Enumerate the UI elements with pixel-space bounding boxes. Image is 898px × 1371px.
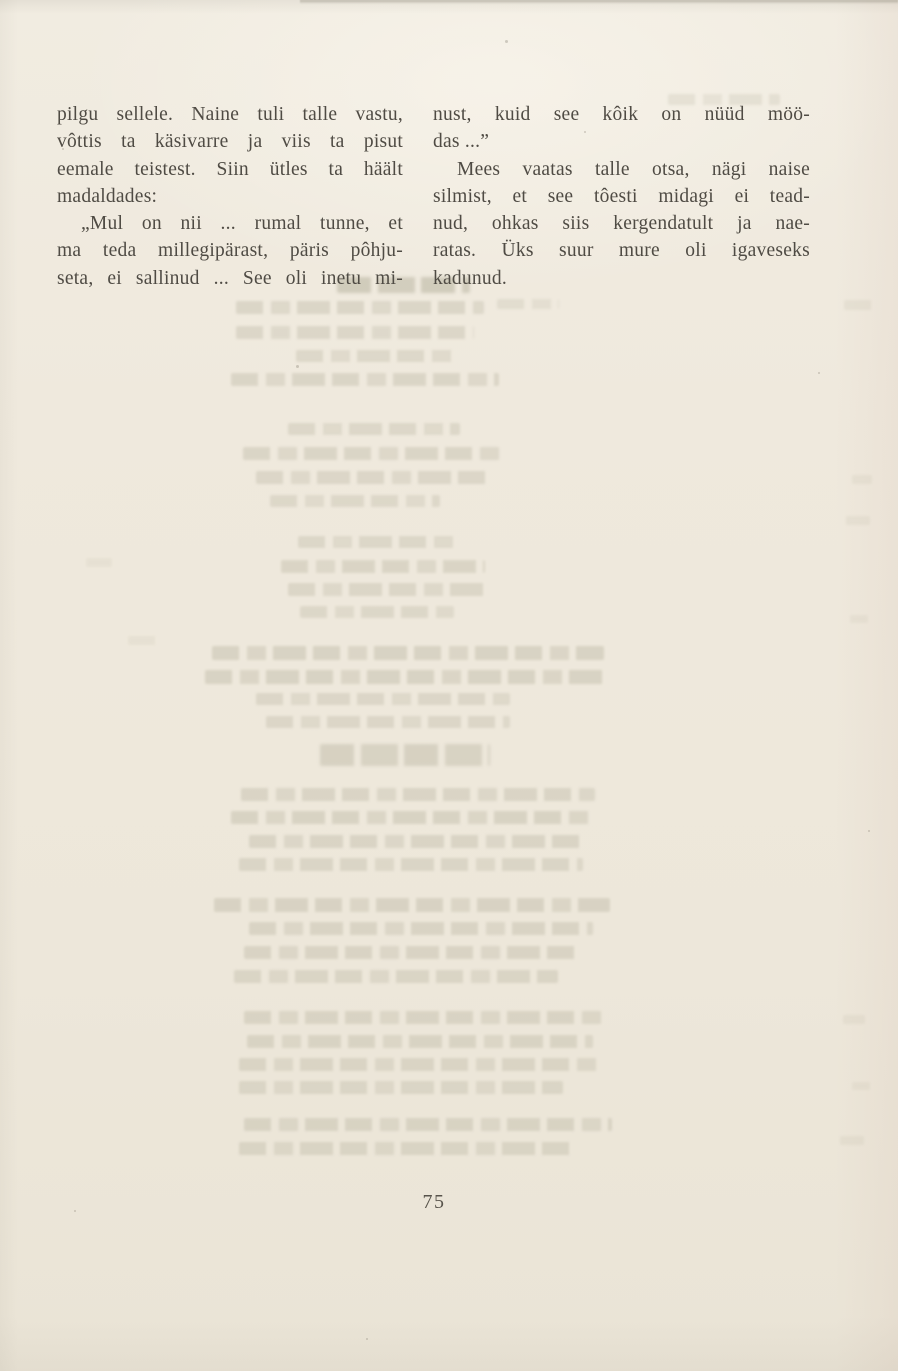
bleed-through-line: [236, 301, 484, 314]
bleed-through-line: [239, 1142, 577, 1155]
bleed-through-line: [266, 716, 510, 728]
bleed-through-line: [247, 1035, 593, 1048]
text-line: pilgu sellele. Naine tuli talle vastu,: [57, 101, 403, 128]
ink-speck: [366, 1338, 368, 1340]
text-line: seta, ei sallinud ... See oli inetu mi-: [57, 265, 403, 292]
book-page-scan: pilgu sellele. Naine tuli talle vastu, v…: [0, 0, 898, 1371]
bleed-through-line: [840, 1136, 864, 1145]
bleed-through-line: [244, 1118, 612, 1131]
bleed-through-line: [288, 423, 460, 435]
bleed-through-line: [249, 835, 583, 848]
bleed-through-line: [239, 1081, 563, 1094]
text-line: ratas. Üks suur mure oli igaveseks: [433, 237, 810, 264]
bleed-through-line: [231, 373, 499, 386]
bleed-through-line: [298, 536, 460, 548]
bleed-through-line: [852, 475, 872, 484]
text-column-right: nust, kuid see kôik on nüüd möö- das ...…: [433, 101, 810, 292]
text-line: ma teda millegipärast, päris pôhju-: [57, 237, 403, 264]
text-line: nud, ohkas siis kergendatult ja nae-: [433, 210, 810, 237]
scan-top-edge: [300, 0, 898, 4]
bleed-through-line: [231, 811, 589, 824]
bleed-through-line: [497, 299, 559, 309]
bleed-through-line: [843, 1015, 865, 1024]
bleed-through-line: [270, 495, 440, 507]
text-line: das ...”: [433, 128, 810, 155]
bleed-through-line: [249, 922, 593, 935]
text-line: eemale teistest. Siin ütles ta häält: [57, 156, 403, 183]
ink-speck: [868, 830, 870, 832]
text-line: kadunud.: [433, 265, 810, 292]
bleed-through-line: [212, 646, 604, 660]
text-line: „Mul on nii ... rumal tunne, et: [57, 210, 403, 237]
page-number: 75: [57, 1191, 811, 1214]
text-line: vôttis ta käsivarre ja viis ta pisut: [57, 128, 403, 155]
bleed-through-line: [281, 560, 485, 573]
text-line: Mees vaatas talle otsa, nägi naise: [433, 156, 810, 183]
bleed-through-line: [236, 326, 474, 339]
bleed-through-line: [205, 670, 609, 684]
bleed-through-line: [214, 898, 610, 912]
bleed-through-line: [256, 471, 490, 484]
bleed-through-line: [244, 946, 578, 959]
bleed-through-line: [128, 636, 158, 645]
ink-speck: [818, 372, 820, 374]
bleed-through-line: [296, 350, 452, 362]
bleed-through-line: [86, 558, 112, 567]
ink-speck: [505, 40, 508, 43]
bleed-through-line: [244, 1011, 608, 1024]
bleed-through-line: [241, 788, 595, 801]
bleed-through-heading: [320, 744, 490, 766]
bleed-through-line: [239, 858, 583, 871]
bleed-through-line: [239, 1058, 597, 1071]
text-line: nust, kuid see kôik on nüüd möö-: [433, 101, 810, 128]
bleed-through-line: [243, 447, 501, 460]
bleed-through-line: [846, 516, 870, 525]
bleed-through-line: [288, 583, 486, 596]
bleed-through-line: [300, 606, 454, 618]
bleed-through-line: [234, 970, 558, 983]
bleed-through-line: [852, 1082, 870, 1090]
text-line: madaldades:: [57, 183, 403, 210]
text-column-left: pilgu sellele. Naine tuli talle vastu, v…: [57, 101, 403, 292]
bleed-through-line: [844, 300, 872, 310]
ink-speck: [296, 365, 299, 368]
text-line: silmist, et see tôesti midagi ei tead-: [433, 183, 810, 210]
bleed-through-line: [850, 615, 868, 623]
bleed-through-line: [256, 693, 510, 705]
